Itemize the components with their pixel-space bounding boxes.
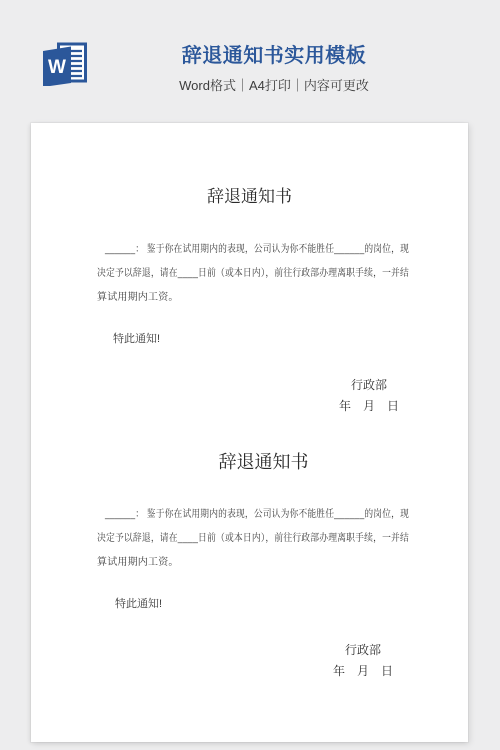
notice-section-1: 辞退通知书 ______： 鉴于你在试用期内的表现，公司认为你不能胜任_____… xyxy=(31,185,468,425)
section-heading: 辞退通知书 xyxy=(31,450,468,474)
signature-date: 年 月 日 xyxy=(338,396,400,417)
signature-department: 行政部 xyxy=(332,640,394,661)
notice-paragraph: ______： 鉴于你在试用期内的表现，公司认为你不能胜任______的岗位，现… xyxy=(97,236,409,308)
signature-department: 行政部 xyxy=(338,375,400,396)
signature-block: 行政部 年 月 日 xyxy=(332,640,394,682)
document-page: 辞退通知书 ______： 鉴于你在试用期内的表现，公司认为你不能胜任_____… xyxy=(31,123,468,742)
notice-paragraph: ______： 鉴于你在试用期内的表现，公司认为你不能胜任______的岗位，现… xyxy=(97,501,409,573)
paragraph-line: 决定予以辞退，请在____日前（或本日内），前往行政部办理离职手续，一并结 xyxy=(97,260,409,284)
paragraph-line: ______： 鉴于你在试用期内的表现，公司认为你不能胜任______的岗位，现 xyxy=(105,501,409,525)
signature-block: 行政部 年 月 日 xyxy=(338,375,400,417)
page-subtitle: Word格式｜A4打印｜内容可更改 xyxy=(0,77,500,95)
paragraph-line: 决定予以辞退，请在____日前（或本日内），前往行政部办理离职手续，一并结 xyxy=(97,525,409,549)
paragraph-line: ______： 鉴于你在试用期内的表现，公司认为你不能胜任______的岗位，现 xyxy=(105,236,409,260)
notice-section-2: 辞退通知书 ______： 鉴于你在试用期内的表现，公司认为你不能胜任_____… xyxy=(31,450,468,690)
signature-date: 年 月 日 xyxy=(332,661,394,682)
page-title: 辞退通知书实用模板 xyxy=(0,44,500,68)
template-preview-screen: W 辞退通知书实用模板 Word格式｜A4打印｜内容可更改 辞退通知书 ____… xyxy=(0,0,500,750)
notice-closing: 特此通知! xyxy=(115,592,162,616)
paragraph-line: 算试用期内工资。 xyxy=(97,549,409,573)
notice-closing: 特此通知! xyxy=(113,327,160,351)
header: W 辞退通知书实用模板 Word格式｜A4打印｜内容可更改 xyxy=(0,0,500,123)
section-heading: 辞退通知书 xyxy=(31,185,468,209)
paragraph-line: 算试用期内工资。 xyxy=(97,284,409,308)
